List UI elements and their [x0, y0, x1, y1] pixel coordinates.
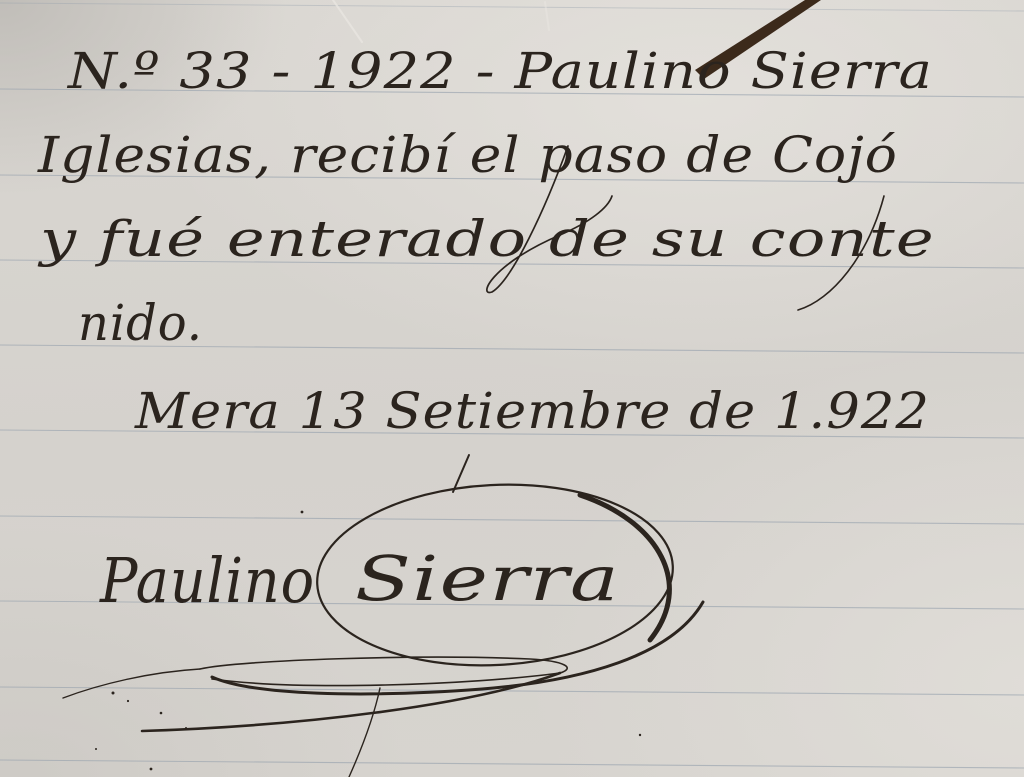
signature-rubric-entry: [63, 669, 200, 698]
handwritten-date-line: Mera 13 Setiembre de 1.922: [134, 382, 930, 440]
ink-dot: [185, 727, 187, 729]
ink-dot: [160, 712, 163, 715]
handwritten-line-4: nido.: [78, 294, 203, 352]
ledger-page-photo: N.º 33 - 1922 - Paulino Sierra Iglesias,…: [0, 0, 1024, 777]
ruled-line: [0, 516, 1024, 524]
signature-rubric-tail: [142, 673, 560, 731]
ink-dot: [639, 734, 641, 736]
ink-dot: [112, 692, 115, 695]
signature-given-name: Paulino: [99, 544, 315, 617]
signature-surname: Sierra: [355, 542, 620, 615]
crease-mark: [333, 0, 362, 42]
crease-mark: [545, 2, 549, 30]
ruled-line: [0, 760, 1024, 768]
ink-dot: [127, 700, 129, 702]
handwritten-line-3: y fué enterado de su conte: [37, 210, 935, 268]
ruled-line: [0, 3, 1024, 11]
signature-rubric-descender: [349, 688, 380, 777]
ink-dot: [301, 511, 304, 514]
pen-swashes: [453, 146, 884, 492]
handwritten-entry: N.º 33 - 1922 - Paulino Sierra Iglesias,…: [37, 42, 935, 440]
ink-dot: [150, 768, 153, 771]
handwritten-line-1: N.º 33 - 1922 - Paulino Sierra: [67, 42, 933, 100]
handwriting-layer: N.º 33 - 1922 - Paulino Sierra Iglesias,…: [0, 0, 1024, 777]
signature-rubric-loop: [200, 657, 567, 685]
handwritten-line-2: Iglesias, recibí el paso de Cojó: [37, 126, 898, 184]
ink-dot: [95, 748, 97, 750]
